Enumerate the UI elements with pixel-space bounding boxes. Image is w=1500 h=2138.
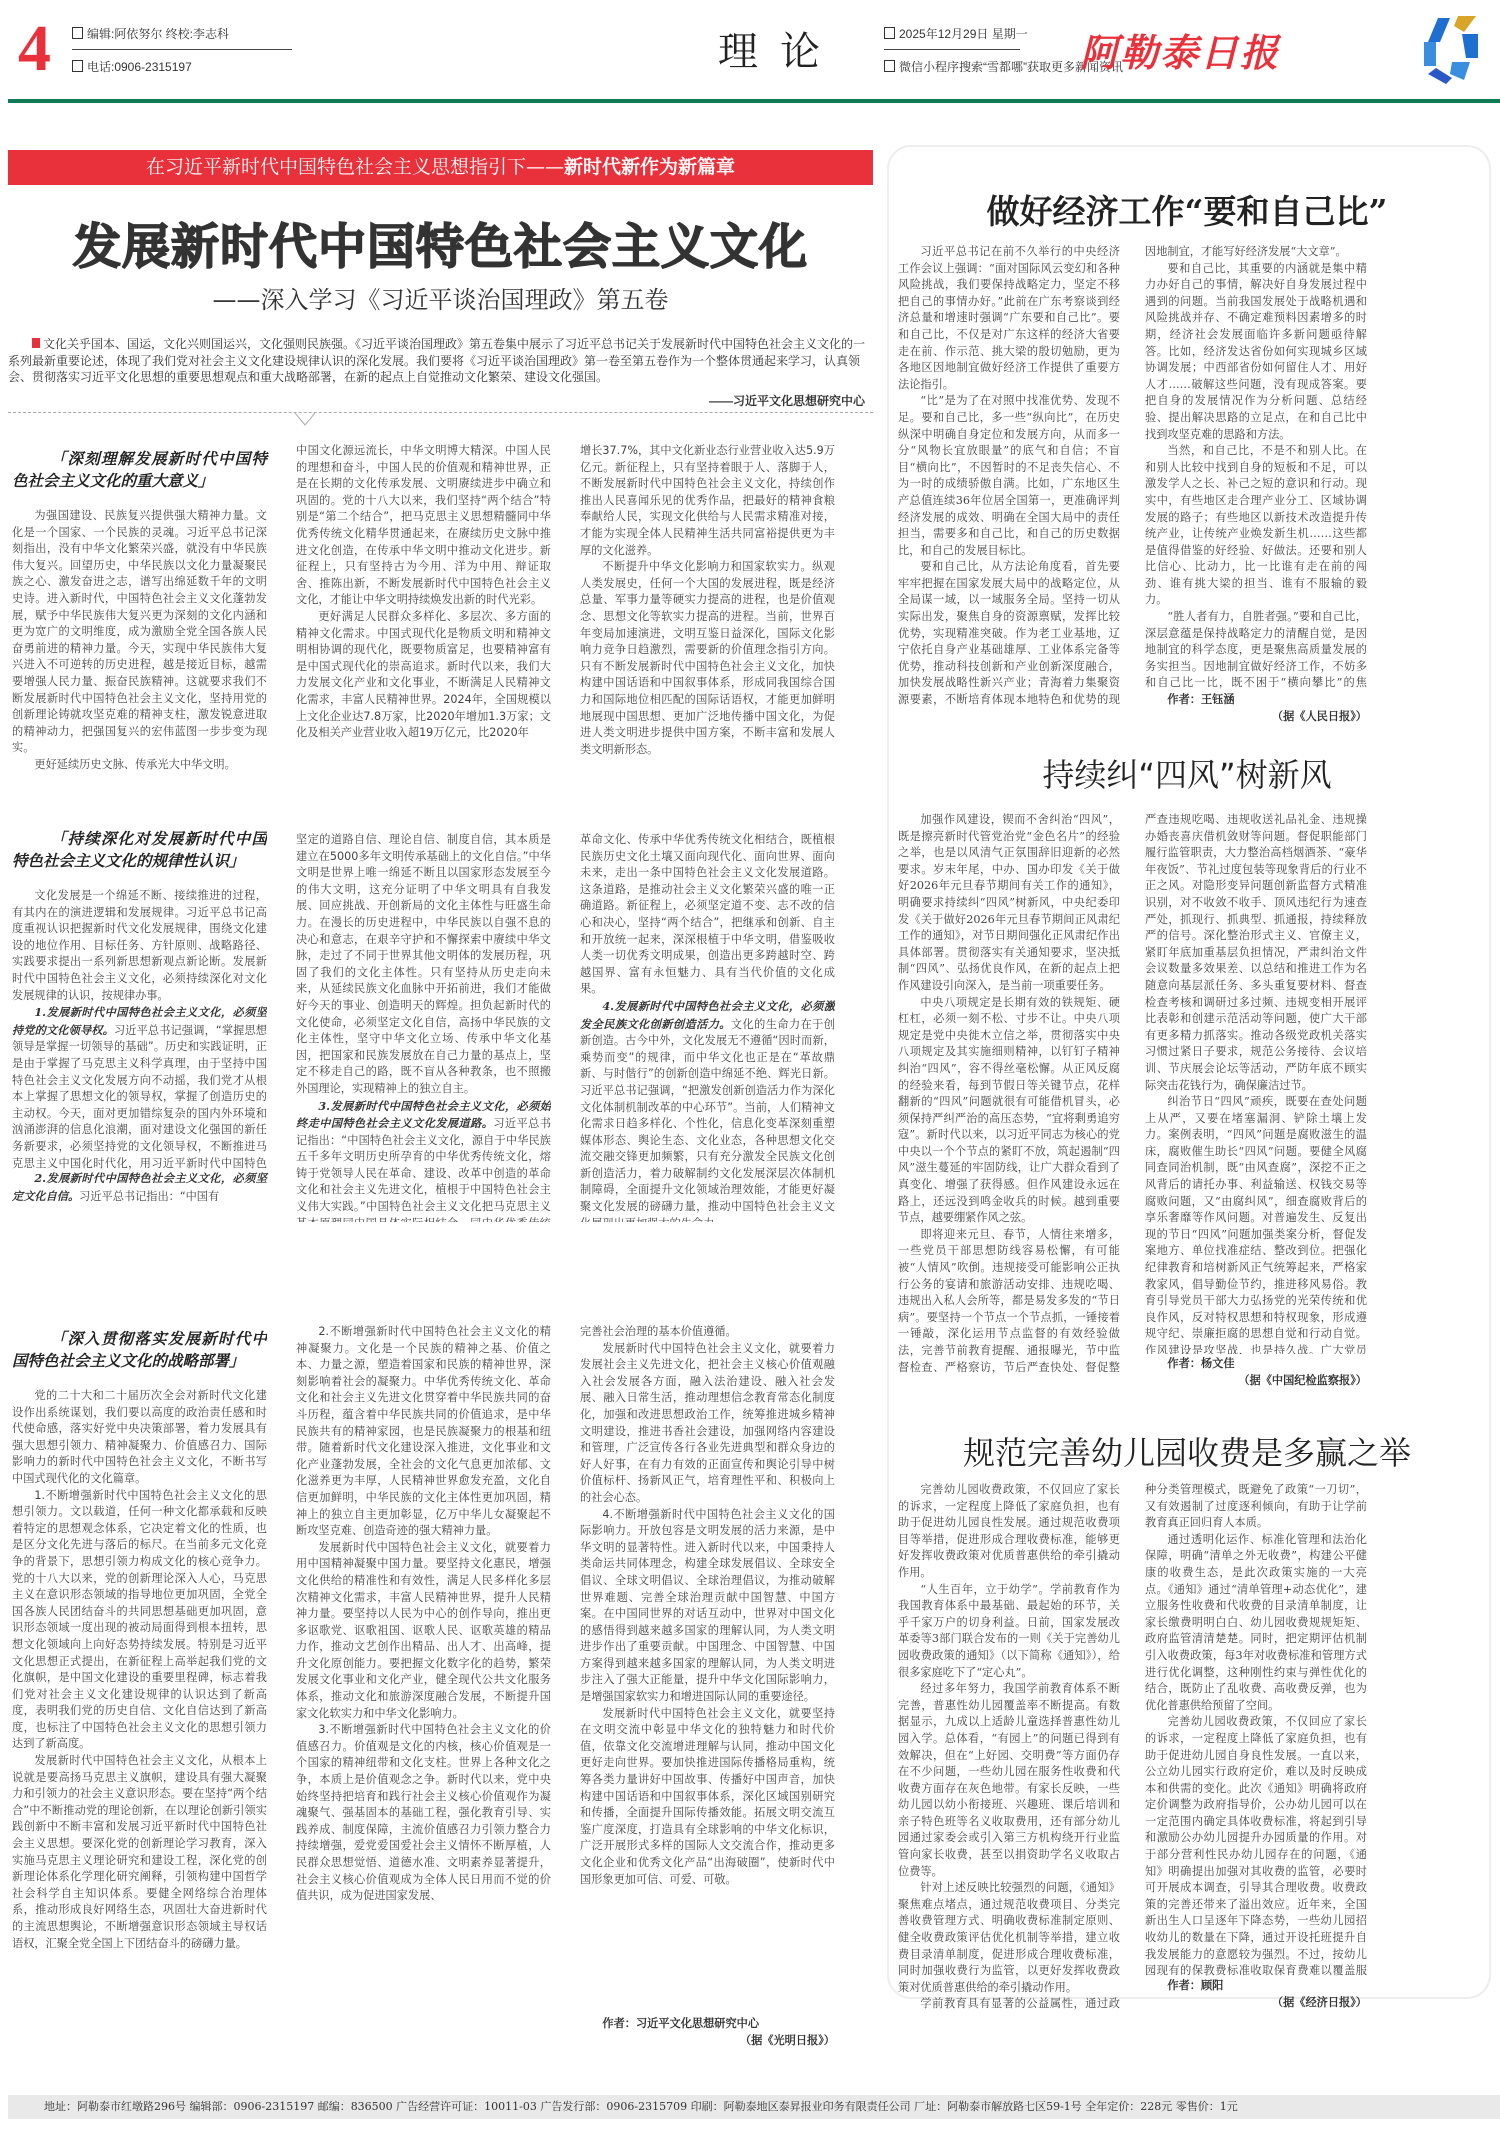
editor-info: 编辑:阿依努尔 终校:李志科 — [72, 25, 229, 42]
section2-title: 「持续深化对发展新时代中国特色社会主义文化的规律性认识」 — [12, 828, 267, 872]
section1-col3: 增长37.7%，其中文化新业态行业营业收入达5.9万亿元。新征程上，只有坚持着眼… — [580, 443, 835, 758]
phone-info: 电话:0906-2315197 — [72, 58, 192, 75]
footer-imprint: 地址：阿勒泰市红墩路296号 编辑部：0906-2315197 邮编：83650… — [8, 2095, 1500, 2119]
source-credit: （据《经济日报》） — [1145, 1995, 1367, 2012]
main-subheadline: ——深入学习《习近平谈治国理政》第五卷 — [8, 280, 873, 315]
section2-col2: 坚定的道路自信、理论自信、制度自信，其本质是建立在5000多年文明传承基础上的文… — [296, 832, 551, 1222]
section1-col1: 「深刻理解发展新时代中国特色社会主义文化的重大意义」 为强国建设、民族复兴提供强… — [12, 448, 267, 774]
article4-headline: 规范完善幼儿园收费是多赢之举 — [887, 1428, 1487, 1474]
issue-date: 2025年12月29日 星期一 — [884, 25, 1028, 42]
series-banner: 在习近平新时代中国特色社会主义思想指引下——新时代新作为新篇章 — [8, 150, 873, 185]
byline: 作者：杨文佳 — [1145, 1356, 1367, 1373]
section-divider — [8, 412, 873, 413]
article3-col1: 加强作风建设，锲而不舍纠治“四风”，既是擦亮新时代管党治党“金色名片”的经验之举… — [898, 812, 1120, 1376]
article4-credits: 作者：顾阳 （据《经济日报》） — [1145, 1978, 1367, 2011]
checkbox-icon — [884, 27, 895, 39]
section3-title: 「深入贯彻落实发展新时代中国特色社会主义文化的战略部署」 — [12, 1328, 267, 1372]
article2-col1: 习近平总书记在前不久举行的中央经济工作会议上强调：“面对国际风云变幻和各种风险挑… — [898, 244, 1120, 706]
section3-credits: 作者：习近平文化思想研究中心 （据《光明日报》） — [580, 2016, 835, 2049]
meta-rule — [884, 49, 1020, 50]
page-number: 4 — [18, 14, 51, 84]
article3-headline: 持续纠“四风”树新风 — [887, 750, 1487, 796]
main-headline: 发展新时代中国特色社会主义文化 — [8, 208, 873, 277]
source-credit: （据《中国纪检监察报》） — [1145, 1373, 1367, 1390]
article4-col2: 种分类管理模式，既避免了政策“一刀切”，又有效遏制了过度逐利倾向，有助于让学前教… — [1145, 1482, 1367, 1977]
section3-col1: 「深入贯彻落实发展新时代中国特色社会主义文化的战略部署」 党的二十大和二十届历次… — [12, 1328, 267, 2058]
section3-col2: 2.不断增强新时代中国特色社会主义文化的精神凝聚力。文化是一个民族的精神之基、价… — [296, 1324, 551, 2059]
masthead-rule — [8, 99, 1500, 103]
section-name: 理论 — [718, 20, 842, 77]
section2-col1-end: 2.发展新时代中国特色社会主义文化，必须坚定文化自信。习近平总书记指出：“中国有 — [12, 1170, 267, 1205]
article2-col2: 因地制宜，才能写好经济发展“大文章”。 要和自己比，其重要的内涵就是集中精力办好… — [1145, 244, 1367, 689]
checkbox-icon — [884, 60, 895, 72]
article3-credits: 作者：杨文佳 （据《中国纪检监察报》） — [1145, 1356, 1367, 1389]
divider-notch-icon — [295, 412, 315, 426]
byline: 作者：王钰涵 — [1145, 692, 1367, 709]
section1-col2: 中国文化源远流长，中华文明博大精深。中国人民的理想和奋斗，中国人民的价值观和精神… — [296, 443, 551, 742]
section2-col1: 「持续深化对发展新时代中国特色社会主义文化的规律性认识」 文化发展是一个绵延不断… — [12, 828, 267, 1170]
checkbox-icon — [72, 60, 83, 72]
meta-rule — [72, 49, 292, 50]
newspaper-logo-icon — [1418, 12, 1484, 88]
byline: 作者：顾阳 — [1145, 1978, 1367, 1995]
checkbox-icon — [72, 27, 83, 39]
lede-paragraph: 文化关乎国本、国运，文化兴则国运兴，文化强则民族强。《习近平谈治国理政》第五卷集… — [8, 336, 873, 386]
byline: 作者：习近平文化思想研究中心 — [580, 2016, 835, 2033]
lede-signature: ——习近平文化思想研究中心 — [8, 392, 865, 409]
section1-title: 「深刻理解发展新时代中国特色社会主义文化的重大意义」 — [12, 448, 267, 492]
article4-col1: 完善幼儿园收费政策，不仅回应了家长的诉求，一定程度上降低了家庭负担，也有助于促进… — [898, 1482, 1120, 2014]
newspaper-name: 阿勒泰日报 — [1080, 22, 1280, 77]
source-credit: （据《人民日报》） — [1145, 709, 1367, 726]
section3-col3: 完善社会治理的基本价值遵循。 发展新时代中国特色社会主义文化，就要着力发展社会主… — [580, 1324, 835, 2014]
article2-headline: 做好经济工作“要和自己比” — [887, 186, 1487, 233]
lede-marker-icon — [32, 338, 40, 348]
article2-credits: 作者：王钰涵 （据《人民日报》） — [1145, 692, 1367, 725]
section2-col3: 革命文化、传承中华优秀传统文化相结合，既植根民族历史文化土壤又面向现代化、面向世… — [580, 832, 835, 1222]
source-credit: （据《光明日报》） — [580, 2033, 835, 2050]
article3-col2: 严查违规吃喝、违规收送礼品礼金、违规操办婚丧喜庆借机敛财等问题。督促职能部门履行… — [1145, 812, 1367, 1354]
